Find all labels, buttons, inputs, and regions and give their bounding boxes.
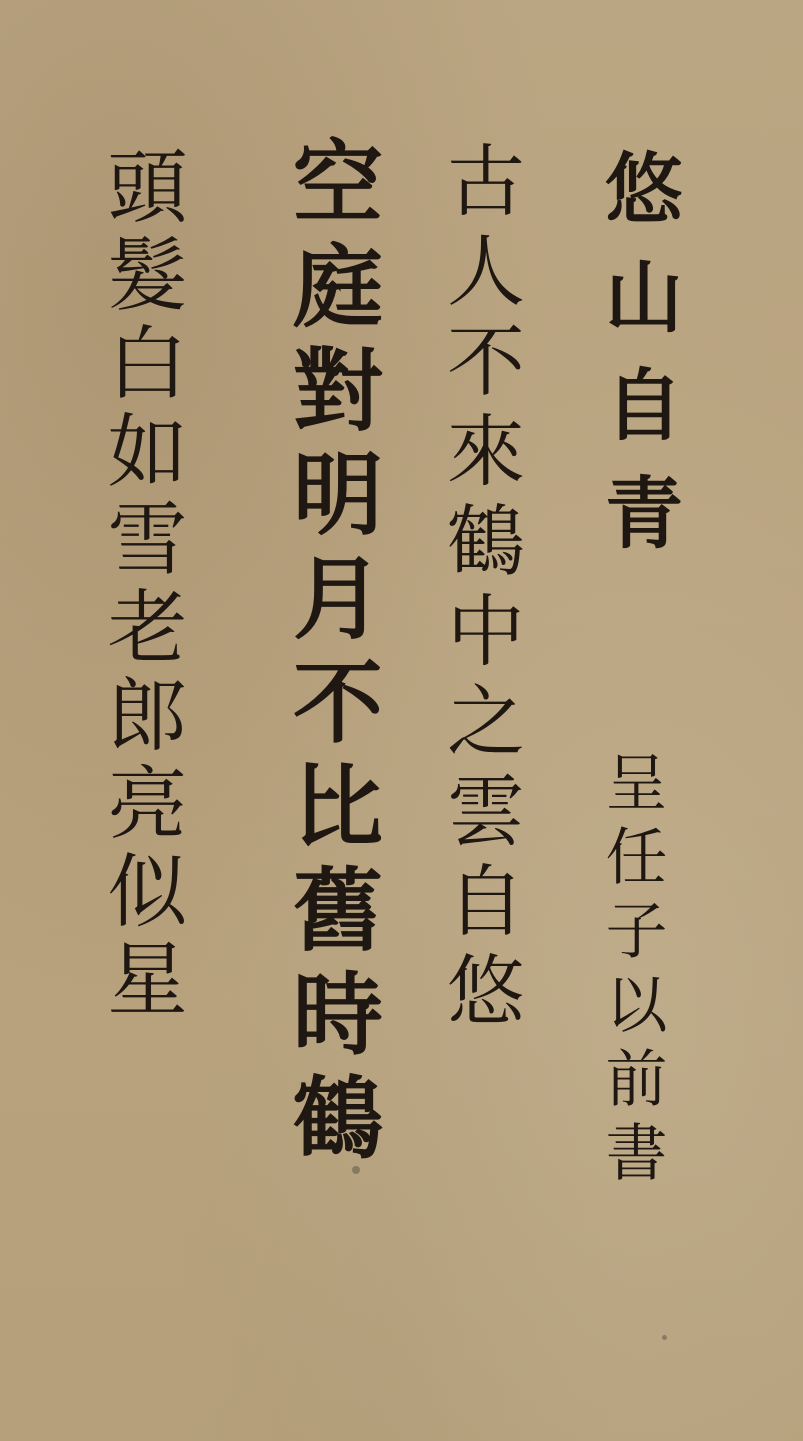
calligraphy-column-3: 空庭對明月不比舊時鶴	[285, 135, 375, 1175]
calligraphy-column-4: 頭髮白如雪老郎亮似星	[100, 145, 180, 1025]
calligraphy-inscription: 呈任子以前書	[600, 750, 662, 1194]
calligraphy-column-2: 古人不來鶴中之雲自悠	[440, 140, 518, 1040]
paper-blemish	[662, 1335, 667, 1340]
calligraphy-column-1: 悠山自青	[598, 148, 676, 580]
paper-blemish	[352, 1166, 360, 1174]
